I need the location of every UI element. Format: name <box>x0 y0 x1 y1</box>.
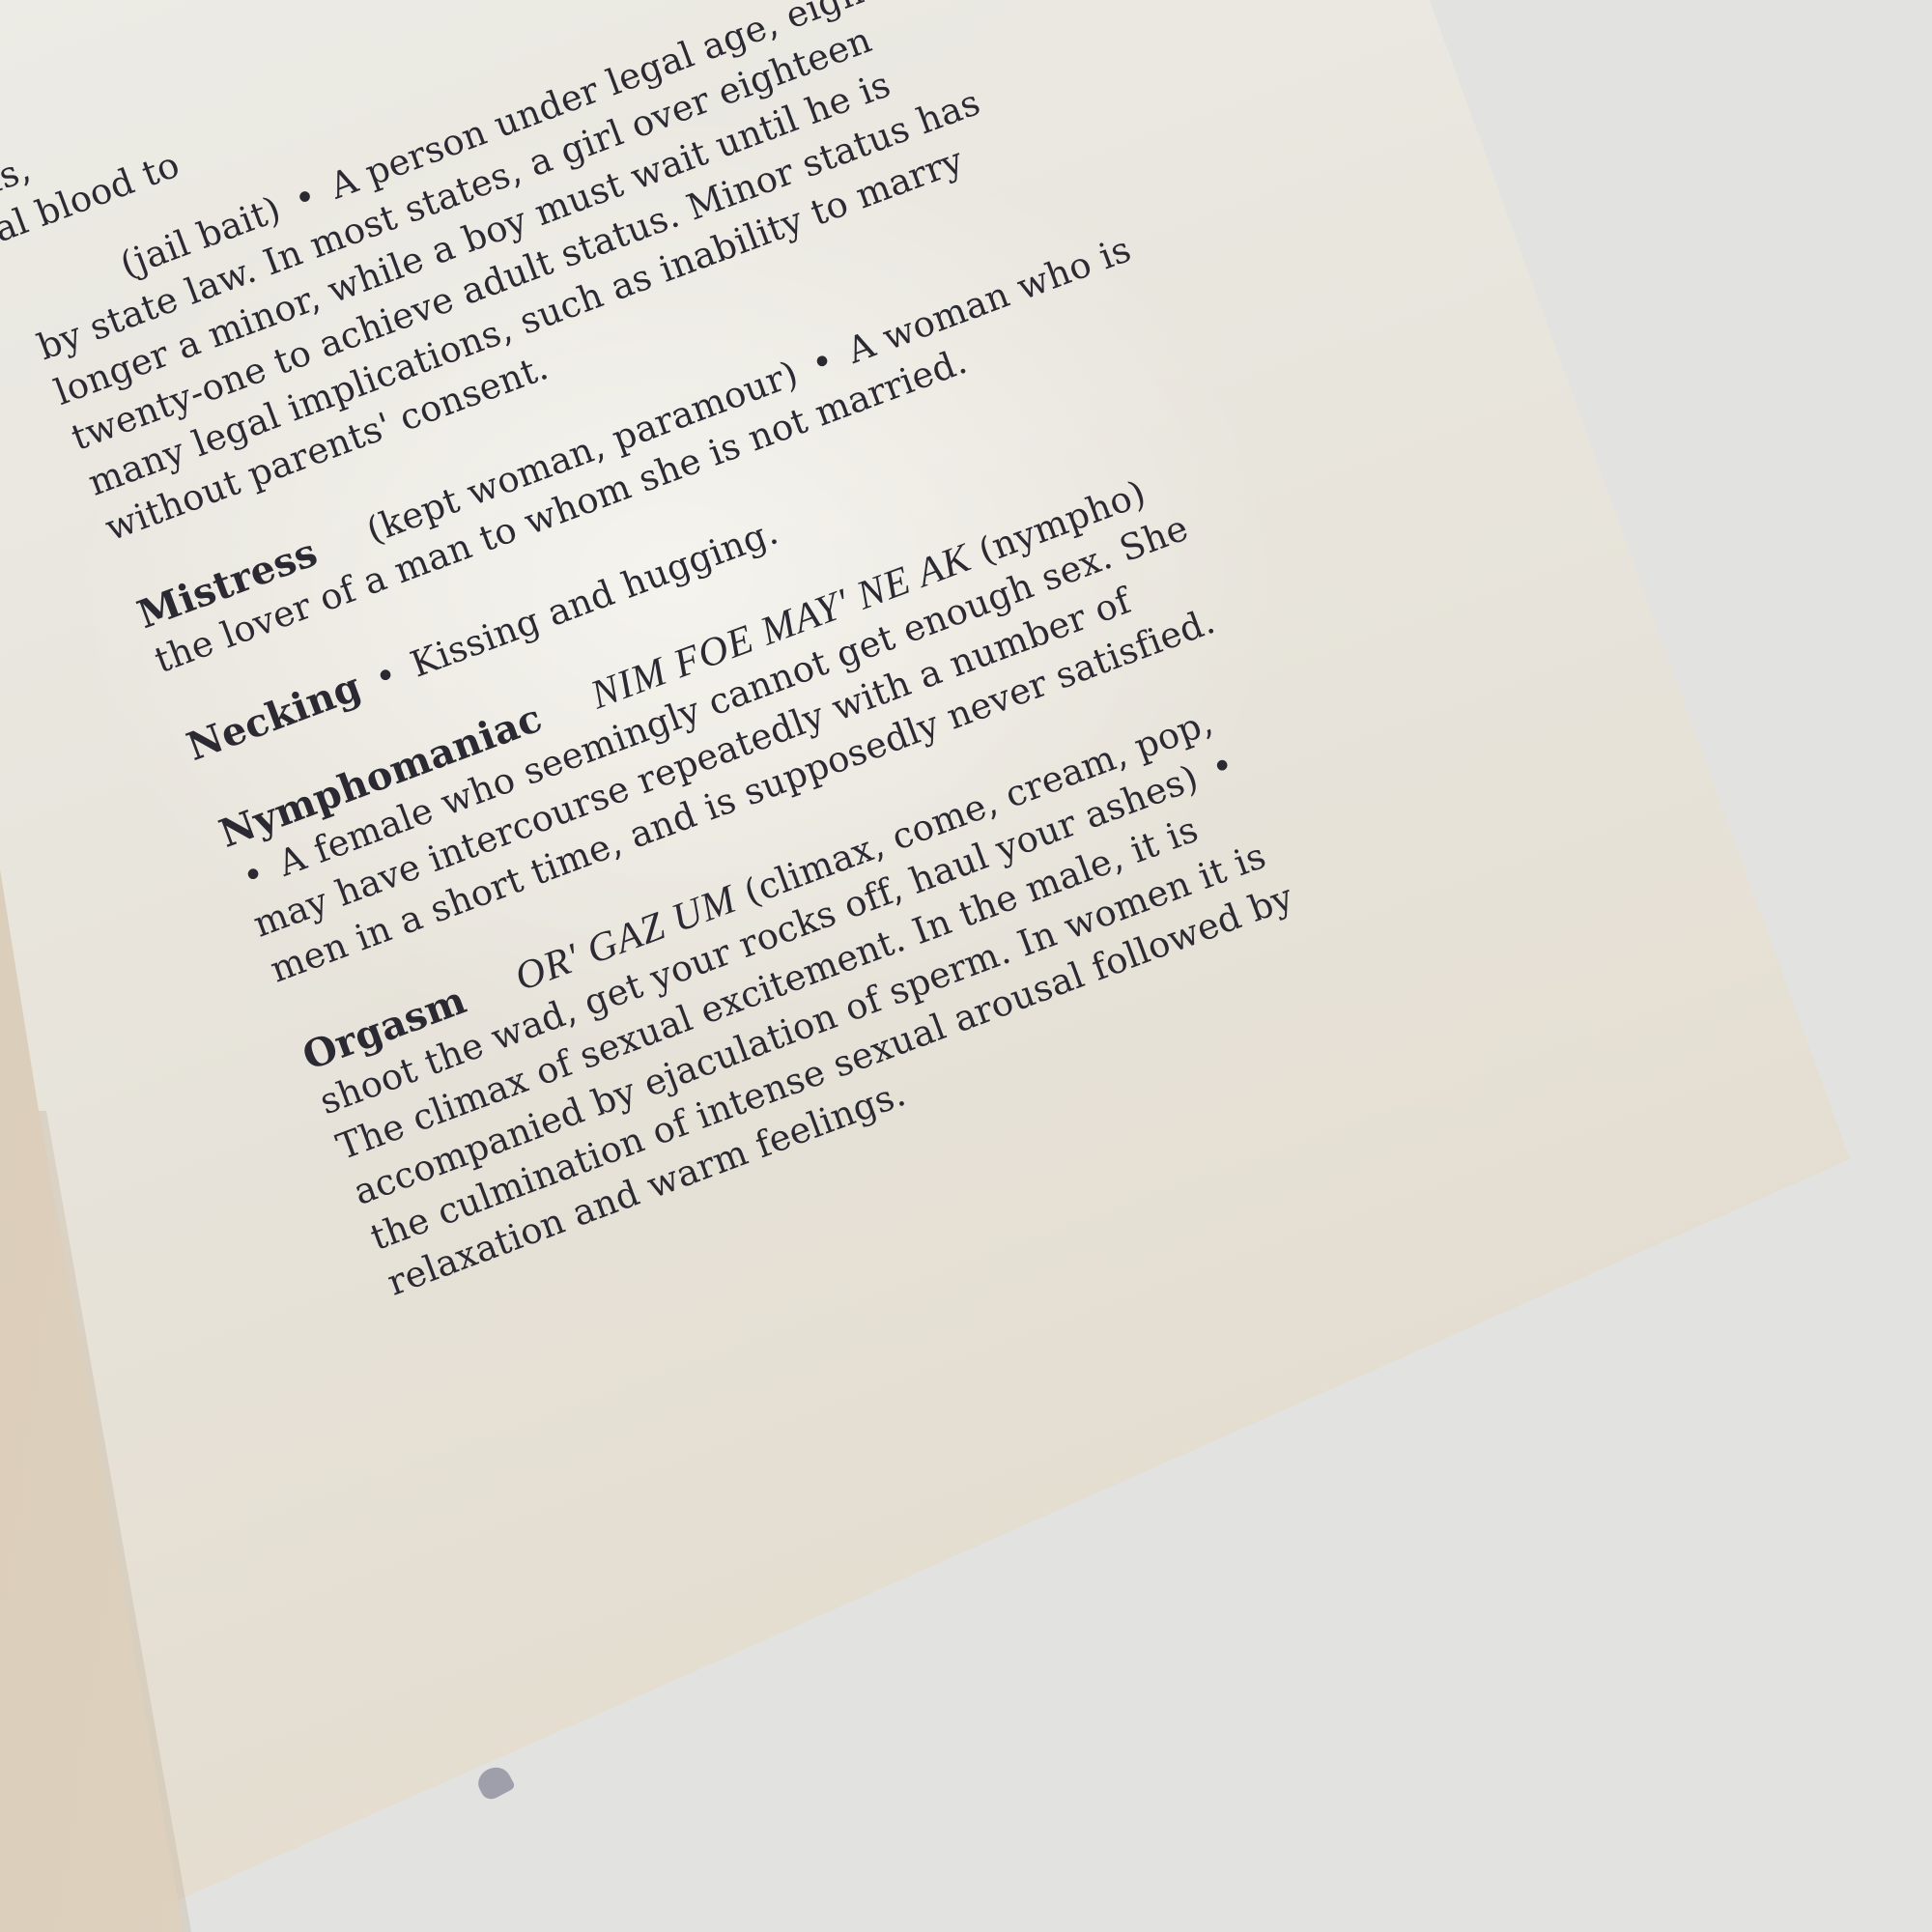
bullet-separator: • <box>231 850 276 900</box>
bullet-separator: • <box>1200 741 1245 791</box>
bullet-separator: • <box>283 173 328 223</box>
photo-scene: us, al blood to (jail bait) • A person u… <box>0 0 1932 1932</box>
ink-smudge <box>473 1762 516 1803</box>
bullet-separator: • <box>363 651 409 701</box>
entry-term: Necking <box>181 664 367 770</box>
bullet-separator: • <box>800 337 845 387</box>
